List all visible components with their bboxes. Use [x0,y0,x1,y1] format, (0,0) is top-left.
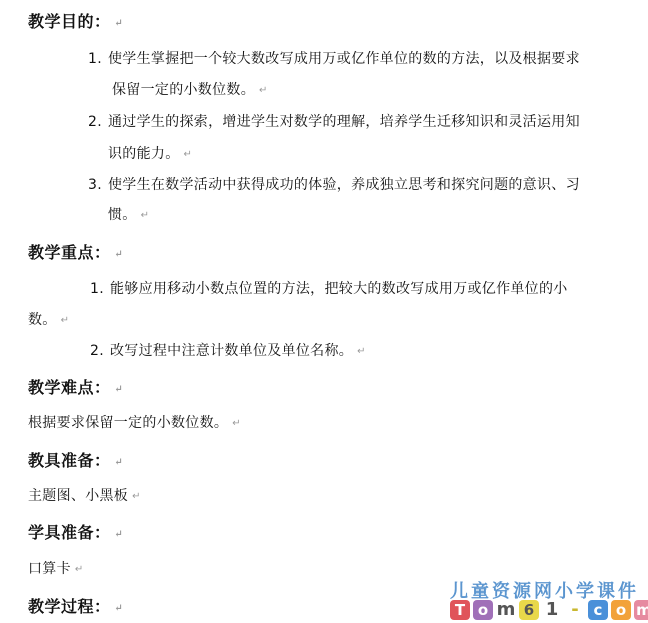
list-text: 通过学生的探索，增进学生对数学的理解，培养学生迁移知识和灵活运用知 [108,114,580,130]
body-text: 口算卡 [28,561,71,577]
list-text: 识的能力。 [108,146,180,162]
list-number: 1. [88,50,102,68]
logo-digit-1: 1 [542,599,562,620]
section-heading-objectives: 教学目的：↵ [28,12,123,34]
key-point-item-1-line1: 1.能够应用移动小数点位置的方法，把较大的数改写成用万或亿作单位的小 [90,280,568,298]
objective-item-3-line2: 惯。↵ [108,206,149,225]
section-heading-teaching-process: 教学过程：↵ [28,597,123,619]
objective-item-2-line1: 2.通过学生的探索，增进学生对数学的理解，培养学生迁移知识和灵活运用知 [88,113,580,131]
logo-letter-o2: o [611,600,631,620]
heading-text: 教学重点： [28,243,111,262]
watermark-logo: T o m 6 1 - c o m [450,599,648,620]
heading-text: 学具准备： [28,523,111,542]
objective-item-1-line2: 保留一定的小数位数。↵ [112,81,268,100]
list-text: 保留一定的小数位数。 [112,82,255,98]
heading-text: 教学目的： [28,12,111,31]
paragraph-mark-icon: ↵ [75,564,84,575]
section-heading-student-materials: 学具准备：↵ [28,523,123,545]
site-watermark: 儿童资源网小学课件 T o m 6 1 - c o m [444,575,648,623]
paragraph-mark-icon: ↵ [141,210,150,221]
list-number: 2. [90,342,104,360]
paragraph-mark-icon: ↵ [184,149,193,160]
paragraph-mark-icon: ↵ [132,491,141,502]
logo-letter-m: m [496,599,516,620]
paragraph-mark-icon: ↵ [232,418,241,429]
paragraph-mark-icon: ↵ [115,249,124,260]
list-text: 改写过程中注意计数单位及单位名称。 [110,343,353,359]
logo-letter-o: o [473,600,493,620]
section-heading-difficulties: 教学难点：↵ [28,378,123,400]
logo-letter-t: T [450,600,470,620]
paragraph-mark-icon: ↵ [61,315,70,326]
paragraph-mark-icon: ↵ [259,85,268,96]
section-heading-key-points: 教学重点：↵ [28,243,123,265]
list-number: 1. [90,280,104,298]
teaching-aids-body: 主题图、小黑板↵ [28,487,141,506]
heading-text: 教学难点： [28,378,111,397]
list-number: 2. [88,113,102,131]
objective-item-2-line2: 识的能力。↵ [108,145,192,164]
objective-item-1-line1: 1.使学生掌握把一个较大数改写成用万或亿作单位的数的方法，以及根据要求 [88,50,580,68]
logo-digit-6: 6 [519,600,539,620]
list-text: 数。 [28,312,57,328]
objective-item-3-line1: 3.使学生在数学活动中获得成功的体验，养成独立思考和探究问题的意识、习 [88,176,580,194]
key-point-item-1-line2: 数。↵ [28,311,69,330]
heading-text: 教具准备： [28,451,111,470]
logo-dash: - [565,599,585,620]
key-point-item-2: 2.改写过程中注意计数单位及单位名称。↵ [90,342,366,361]
section-heading-teaching-aids: 教具准备：↵ [28,451,123,473]
list-text: 能够应用移动小数点位置的方法，把较大的数改写成用万或亿作单位的小 [110,281,568,297]
list-text: 使学生掌握把一个较大数改写成用万或亿作单位的数的方法，以及根据要求 [108,51,580,67]
paragraph-mark-icon: ↵ [357,346,366,357]
body-text: 根据要求保留一定的小数位数。 [28,415,228,431]
difficulties-body: 根据要求保留一定的小数位数。↵ [28,414,241,433]
logo-letter-m2: m [634,600,648,620]
paragraph-mark-icon: ↵ [115,529,124,540]
heading-text: 教学过程： [28,597,111,616]
paragraph-mark-icon: ↵ [115,603,124,614]
list-text: 使学生在数学活动中获得成功的体验，养成独立思考和探究问题的意识、习 [108,177,580,193]
student-materials-body: 口算卡↵ [28,560,84,579]
paragraph-mark-icon: ↵ [115,384,124,395]
paragraph-mark-icon: ↵ [115,18,124,29]
list-number: 3. [88,176,102,194]
paragraph-mark-icon: ↵ [115,457,124,468]
body-text: 主题图、小黑板 [28,488,128,504]
list-text: 惯。 [108,207,137,223]
logo-letter-c: c [588,600,608,620]
